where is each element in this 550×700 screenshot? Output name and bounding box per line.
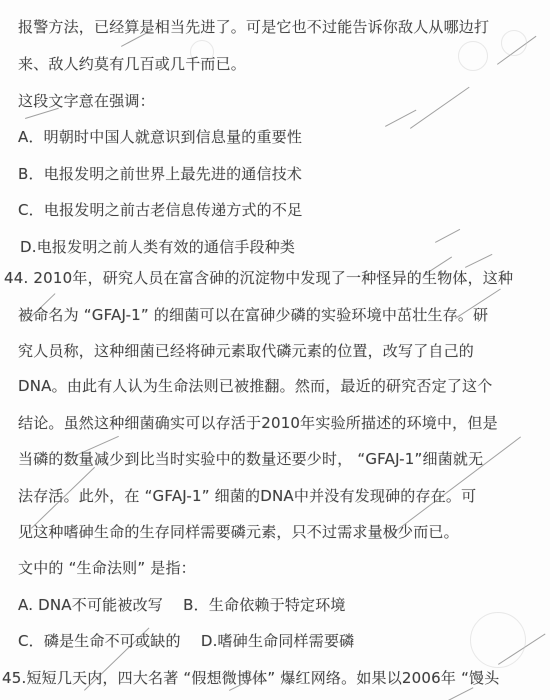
q44-passage-line-4: DNA。由此有人认为生命法则已被推翻。然而，最近的研究否定了这个 bbox=[18, 376, 492, 396]
q44-prompt: 文中的 “生命法则” 是指： bbox=[18, 558, 196, 578]
q43-prompt: 这段文字意在强调： bbox=[18, 91, 155, 111]
q44-options-row-1: A. DNA不可能被改写 B．生命依赖于特定环境 bbox=[18, 595, 346, 615]
scan-artifact-arc bbox=[458, 41, 488, 71]
scan-artifact-line bbox=[435, 229, 460, 243]
q44-passage-line-8: 见这种嗜砷生命的生存同样需要磷元素，只不过需求量极少而已。 bbox=[18, 522, 459, 542]
q43-option-b: B．电报发明之前世界上最先进的通信技术 bbox=[18, 164, 302, 184]
scan-artifact-line bbox=[385, 110, 416, 127]
scan-artifact-line bbox=[410, 87, 470, 129]
scan-artifact-arc bbox=[501, 30, 527, 56]
scan-artifact-line bbox=[465, 254, 492, 268]
q44-passage-line-7: 法存活。此外，在 “GFAJ-1” 细菌的DNA中并没有发现砷的存在。可 bbox=[18, 486, 476, 506]
q44-options-row-2: C．磷是生命不可或缺的 D.嗜砷生命同样需要磷 bbox=[18, 631, 354, 651]
scan-artifact-arc bbox=[470, 612, 526, 668]
q45-passage-line-1: 45.短短几天内，四大名著 “假想微博体” 爆红网络。如果以2006年 “馒头 bbox=[2, 668, 499, 688]
q43-passage-line-2: 来、敌人约莫有几百或几千而已。 bbox=[18, 54, 246, 74]
q44-passage-line-1: 44. 2010年，研究人员在富含砷的沉淀物中发现了一种怪异的生物体，这种 bbox=[4, 268, 513, 288]
q43-option-d: D.电报发明之前人类有效的通信手段种类 bbox=[20, 237, 295, 257]
q43-option-a: A．明朝时中国人就意识到信息量的重要性 bbox=[18, 127, 302, 147]
q44-passage-line-6: 当磷的数量减少到比当时实验中的数量还要少时， “GFAJ-1”细菌就无 bbox=[18, 449, 483, 469]
q44-passage-line-2: 被命名为 “GFAJ-1” 的细菌可以在富砷少磷的实验环境中茁壮生存。研 bbox=[18, 305, 488, 325]
q44-passage-line-5: 结论。虽然这种细菌确实可以存活于2010年实验所描述的环境中，但是 bbox=[18, 413, 498, 433]
document-page: 报警方法，已经算是相当先进了。可是它也不过能告诉你敌人从哪边打 来、敌人约莫有几… bbox=[0, 0, 550, 700]
q44-passage-line-3: 究人员称，这种细菌已经将砷元素取代磷元素的位置，改写了自己的 bbox=[18, 341, 474, 361]
q43-option-c: C．电报发明之前古老信息传递方式的不足 bbox=[18, 200, 302, 220]
q43-passage-line-1: 报警方法，已经算是相当先进了。可是它也不过能告诉你敌人从哪边打 bbox=[18, 17, 489, 37]
scan-artifact-line bbox=[448, 687, 473, 700]
